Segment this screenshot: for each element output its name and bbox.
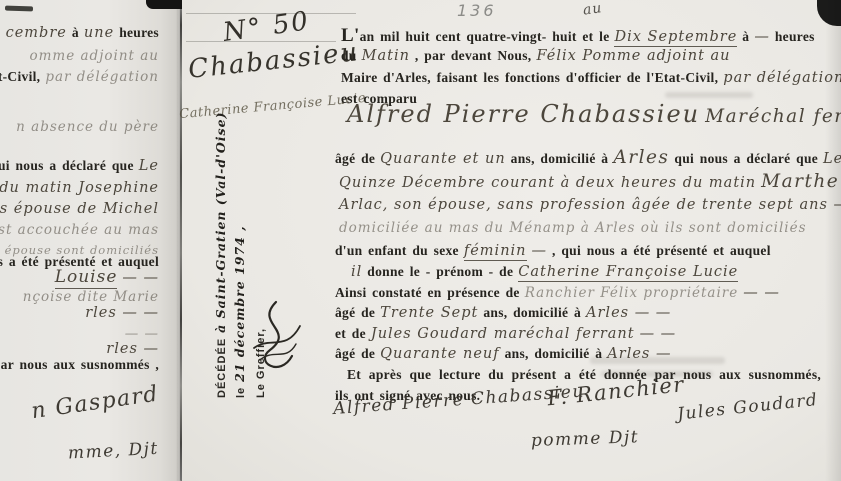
act-line-m10: d'un enfant du sexeféminin—, qui nous a … — [335, 242, 776, 260]
printed-text: ans, domicilié à — [483, 305, 581, 320]
printed-text: heures — [119, 25, 159, 40]
act-line-m7: Quinze Décembre courant à deux heures du… — [339, 171, 841, 192]
handwritten-text: du matin Josephine — [0, 180, 159, 196]
act-line-m6: âgé deQuarante et unans, domicilié àArle… — [335, 147, 841, 168]
handwritten-text: rles — — — [85, 305, 159, 321]
left-line-p16: par nous aux susnommés , — [0, 356, 164, 374]
handwritten-text: — — [532, 243, 548, 259]
act-line-m11: ildonne le - prénom - deCatherine Franço… — [351, 263, 743, 281]
printed-text: à — [72, 25, 79, 40]
left-line-p2: omme adjoint au — [30, 47, 165, 65]
printed-text: , qui nous a été présenté et auquel — [552, 243, 771, 258]
handwritten-text: — — [754, 29, 770, 45]
left-line-p5: qui nous a déclaré queLe — [0, 157, 164, 175]
handwritten-text: nçoise dite Marie — [23, 289, 159, 305]
left-line-p4: n absence du père — [16, 118, 164, 136]
handwritten-text: par délégation — [723, 70, 841, 86]
act-line-m5: Alfred Pierre ChabassieuMaréchal ferrant — [347, 101, 841, 129]
handwritten-text: féminin — [464, 243, 527, 261]
handwritten-text: une — [84, 25, 114, 41]
handwritten-text: domiciliée au mas du Ménamp à Arles où i… — [339, 220, 807, 236]
act-line-sig4: pomme Djt — [531, 428, 645, 451]
handwritten-text: est accouchée au mas — [0, 222, 159, 238]
handwritten-text: Quarante et un — [380, 151, 506, 167]
act-line-m9: domiciliée au mas du Ménamp à Arles où i… — [339, 219, 812, 237]
act-line-pau: au — [582, 0, 609, 20]
act-line-m1: L'an mil huit cent quatre-vingt- huit et… — [341, 25, 820, 47]
printed-text: âgé de — [335, 305, 375, 320]
handwritten-text: Maréchal ferrant — [705, 106, 841, 127]
left-line-p13: rles — — — [85, 304, 164, 322]
handwritten-text: Arlac, son épouse, sans profession âgée … — [339, 197, 841, 213]
left-line-p8: est accouchée au mas — [0, 221, 164, 239]
printed-text: à — [742, 29, 749, 44]
handwritten-text: Dix Septembre — [614, 29, 737, 47]
signature-text: mme, Djt — [68, 439, 160, 464]
handwritten-text: Trente Sept — [380, 305, 478, 321]
handwritten-text: Quarante neuf — [380, 346, 499, 362]
printed-text: qui nous a déclaré que — [674, 151, 818, 166]
left-page: cembreàuneheuresomme adjoint auEtat-Civi… — [0, 0, 178, 481]
printed-text: Et après que lecture du présent a été do… — [347, 367, 821, 382]
printed-text: par nous aux susnommés , — [0, 357, 159, 372]
left-line-p7: ans épouse de Michel — [0, 200, 164, 218]
stamp-text: DÉCÉDÉE — [216, 338, 228, 398]
act-body: 136auL'an mil huit cent quatre-vingt- hu… — [335, 0, 841, 481]
handwritten-text: omme adjoint au — [30, 48, 160, 64]
printed-text: âgé de — [335, 151, 375, 166]
handwritten-text: Louise — [55, 267, 118, 289]
handwritten-text: par délégation — [45, 69, 159, 85]
act-line-sig3: Jules Goudard — [676, 390, 824, 425]
printed-text: ans, domicilié à — [505, 346, 603, 361]
act-line-m12: Ainsi constaté en présence deRanchier Fé… — [335, 284, 785, 302]
handwritten-text: Catherine Françoise Lucie — [518, 264, 738, 282]
printed-text: du — [341, 48, 357, 63]
stamp-line-s1: DÉCÉDÉEà Saint-Gratien (Val-d'Oise) — [212, 124, 230, 398]
greffier-signature-flourish — [246, 296, 304, 384]
printed-text: L'an mil huit cent quatre-vingt- huit et… — [341, 25, 609, 47]
handwritten-text: au — [582, 0, 603, 19]
signature-text: n Gaspard — [29, 382, 160, 425]
left-line-p11: Louise— — — [55, 268, 164, 288]
register-scan: cembreàuneheuresomme adjoint auEtat-Civi… — [0, 0, 841, 481]
act-line-m14: et deJules Goudard maréchal ferrant— — — [335, 325, 681, 343]
left-line-p18: mme, Djt — [68, 440, 165, 465]
handwritten-text: — — — [122, 270, 159, 286]
act-line-m8: Arlac, son épouse, sans profession âgée … — [339, 196, 841, 214]
printed-text: , par devant Nous, — [415, 48, 532, 63]
handwritten-text: Félix Pomme adjoint au — [536, 48, 730, 64]
handwritten-text: Quinze Décembre courant à deux heures du… — [339, 175, 756, 191]
printed-text: Maire d'Arles, faisant les fonctions d'o… — [341, 70, 718, 85]
act-line-m13: âgé deTrente Septans, domicilié àArles —… — [335, 304, 676, 322]
handwritten-text: Arles — [613, 147, 669, 168]
left-line-p3: Etat-Civil,par délégation — [0, 68, 164, 86]
act-line-pnum: 136 — [457, 2, 502, 21]
handwritten-text: Alfred Pierre Chabassieu — [347, 100, 700, 128]
handwritten-text: ans épouse de Michel — [0, 201, 159, 217]
printed-text: et de — [335, 326, 366, 341]
handwritten-text: Ranchier Félix propriétaire — [525, 285, 739, 301]
act-line-m2: duMatin, par devant Nous,Félix Pomme adj… — [341, 47, 736, 65]
handwritten-text: Jules Goudard maréchal ferrant — [371, 326, 635, 342]
act-line-m15: âgé deQuarante neufans, domicilié àArles… — [335, 345, 676, 363]
act-line-m3: Maire d'Arles, faisant les fonctions d'o… — [341, 69, 841, 87]
handwritten-text: cembre — [6, 25, 67, 41]
printed-text: qui nous a déclaré que — [0, 158, 134, 173]
handwritten-text: à Saint-Gratien (Val-d'Oise) — [213, 112, 228, 333]
signature-text: pomme Djt — [531, 427, 640, 451]
stamp-text: le — [235, 387, 247, 398]
printed-text: donne le - prénom - de — [367, 264, 513, 279]
left-line-p6: du matin Josephine — [0, 179, 164, 197]
left-line-p1: cembreàuneheures — [6, 24, 164, 42]
handwritten-text: Le — [139, 158, 159, 174]
printed-text: Ainsi constaté en présence de — [335, 285, 520, 300]
handwritten-text: Matin — [362, 48, 410, 64]
printed-text: âgé de — [335, 346, 375, 361]
page-right-edge-shadow — [825, 0, 841, 481]
pencil-text: 136 — [457, 1, 497, 20]
handwritten-text: n absence du père — [16, 119, 159, 135]
left-line-p17: n Gaspard — [29, 381, 165, 425]
printed-text: Etat-Civil, — [0, 69, 40, 84]
signature-text: Jules Goudard — [676, 390, 819, 425]
printed-text: heures — [775, 29, 815, 44]
handwritten-text: il — [351, 264, 362, 280]
handwritten-text: Arles — — [607, 346, 671, 362]
left-page-edge-mark — [5, 6, 33, 12]
handwritten-text: Arles — — — [586, 305, 671, 321]
printed-text: ans, domicilié à — [511, 151, 609, 166]
ink-bleed-smudge — [665, 92, 753, 98]
handwritten-text: — — — [640, 326, 677, 342]
handwritten-text: — — — [743, 285, 780, 301]
handwritten-text: rles — — [106, 341, 159, 357]
printed-text: d'un enfant du sexe — [335, 243, 459, 258]
